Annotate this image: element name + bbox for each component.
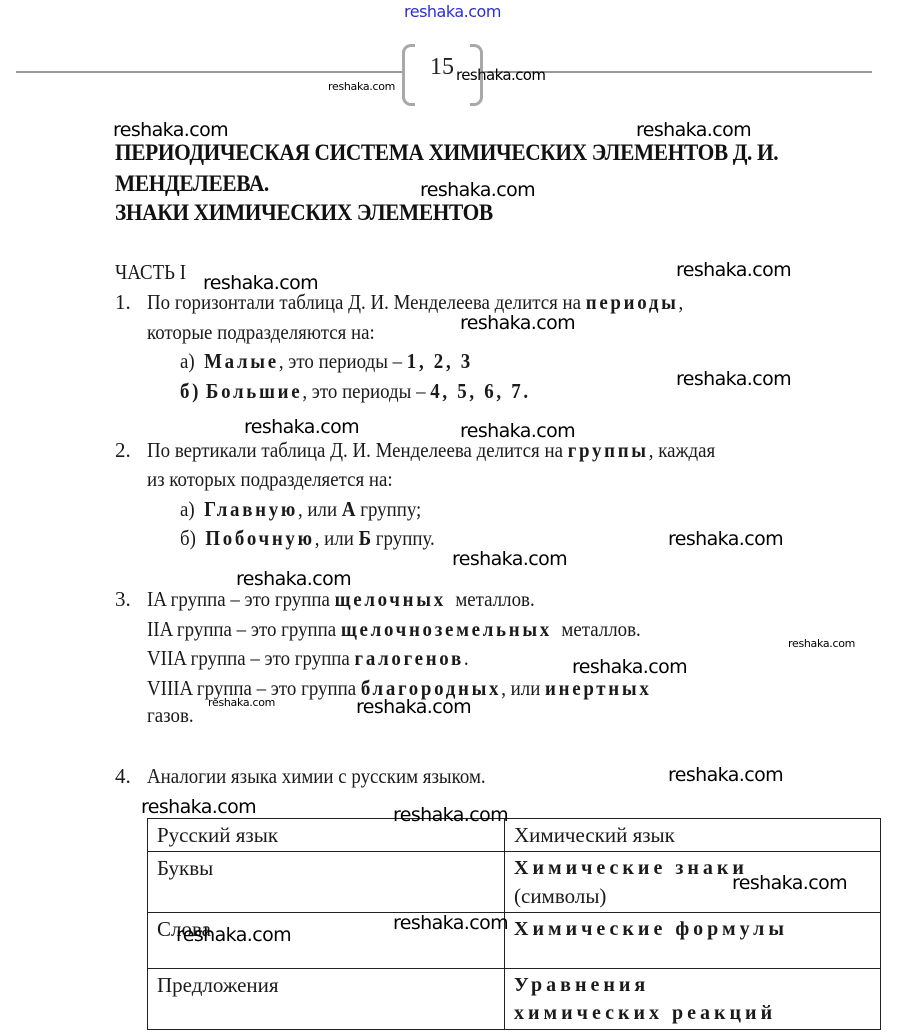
item-2-line-1: По вертикали таблица Д. И. Менделеева де… [147,438,715,463]
watermark: reshaka.com [732,872,847,894]
item-1-line-1: По горизонтали таблица Д. И. Менделеева … [147,290,683,315]
item-text: , [679,290,684,314]
watermark: reshaka.com [636,119,751,141]
emphasis-term: группы [568,438,649,462]
watermark: reshaka.com [393,804,508,826]
item-text: , это периоды – [302,379,430,403]
item-number: 3. [115,587,131,612]
item-text: По вертикали таблица Д. И. Менделеева де… [147,438,568,462]
watermark: reshaka.com [460,312,575,334]
item-number: 1. [115,290,131,315]
header-rule-left [16,71,402,73]
chemical-term: Химические формулы [514,915,871,943]
item-2-subitem-b: б) Побочную, или Б группу. [180,526,435,551]
item-text: группу. [371,526,435,550]
watermark: reshaka.com [393,912,508,934]
page-title-line-3: ЗНАКИ ХИМИЧЕСКИХ ЭЛЕМЕНТОВ [115,200,493,226]
watermark: reshaka.com [176,924,291,946]
item-3-tail: газов. [147,703,194,728]
period-values: 1, 2, 3 [407,349,473,373]
table-header-row: Русский язык Химический язык [148,819,881,852]
emphasis-term: Малые [204,349,279,373]
emphasis-term: галогенов [355,646,464,670]
page-title-line-2: МЕНДЕЛЕЕВА. [115,171,269,197]
watermark: reshaka.com [328,80,395,93]
item-text: , это периоды – [279,349,407,373]
watermark: reshaka.com [452,548,567,570]
item-text: IA группа – это группа [147,587,335,611]
subitem-marker: б) [180,526,196,550]
watermark: reshaka.com [141,796,256,818]
emphasis-term: Большие [206,379,302,403]
part-label: ЧАСТЬ I [115,260,186,285]
watermark: reshaka.com [668,764,783,786]
period-values: 4, 5, 6, 7. [430,379,531,403]
item-text: VIIA группа – это группа [147,646,355,670]
item-4-text: Аналогии языка химии с русским языком. [147,764,486,789]
item-3-line-2: IIA группа – это группа щелочноземельных… [147,617,641,642]
item-text: металлов. [552,617,641,641]
watermark: reshaka.com [244,416,359,438]
item-1-line-2: которые подразделяются на: [147,320,375,345]
item-2-line-2: из которых подразделяется на: [147,467,393,492]
item-text: По горизонтали таблица Д. И. Менделеева … [147,290,586,314]
emphasis-term: периоды [586,290,679,314]
emphasis-term: Главную [204,497,298,521]
page-title-line-1: ПЕРИОДИЧЕСКАЯ СИСТЕМА ХИМИЧЕСКИХ ЭЛЕМЕНТ… [115,140,778,166]
watermark: reshaka.com [668,528,783,550]
group-letter: А [342,497,356,521]
watermark: reshaka.com [676,368,791,390]
watermark-top: reshaka.com [404,2,501,21]
watermark: reshaka.com [788,637,855,650]
item-text: металлов. [446,587,535,611]
table-cell-chemical: Уравнения химических реакций [505,969,881,1030]
item-text: , или [501,676,545,700]
item-text: группу; [355,497,421,521]
emphasis-term: щелочноземельных [341,617,552,641]
watermark: reshaka.com [572,656,687,678]
table-header: Химический язык [505,819,881,852]
watermark: reshaka.com [113,119,228,141]
emphasis-term: Побочную [205,526,314,550]
item-text: , или [298,497,342,521]
emphasis-term: щелочных [335,587,446,611]
item-2-subitem-a: а) Главную, или А группу; [180,497,421,522]
item-1-subitem-b: б) Большие, это периоды – 4, 5, 6, 7. [180,379,531,404]
item-text: . [464,646,469,670]
table-cell-russian: Предложения [148,969,505,1030]
group-letter: Б [359,526,372,550]
table-cell-russian: Буквы [148,852,505,913]
page-number: 15 [430,54,454,81]
table-row: Предложения Уравнения химических реакций [148,969,881,1030]
watermark: reshaka.com [420,179,535,201]
item-text: , или [315,526,359,550]
watermark: reshaka.com [208,696,275,709]
watermark: reshaka.com [356,696,471,718]
item-number: 4. [115,764,131,789]
emphasis-term: инертных [545,676,651,700]
chemical-term: Уравнения [514,971,871,999]
watermark: reshaka.com [456,66,545,84]
subitem-marker: б) [180,379,201,403]
chemical-term-line-2: химических реакций [514,999,871,1027]
subitem-marker: а) [180,349,195,373]
item-1-subitem-a: а) Малые, это периоды – 1, 2, 3 [180,349,473,374]
item-3-line-1: IA группа – это группа щелочных металлов… [147,587,535,612]
item-number: 2. [115,438,131,463]
subitem-marker: а) [180,497,195,521]
page-number-bracket-left [402,44,415,106]
table-cell-chemical: Химические формулы [505,913,881,969]
item-3-line-3: VIIA группа – это группа галогенов. [147,646,469,671]
watermark: reshaka.com [676,259,791,281]
item-text: , каждая [649,438,716,462]
item-text: IIA группа – это группа [147,617,341,641]
